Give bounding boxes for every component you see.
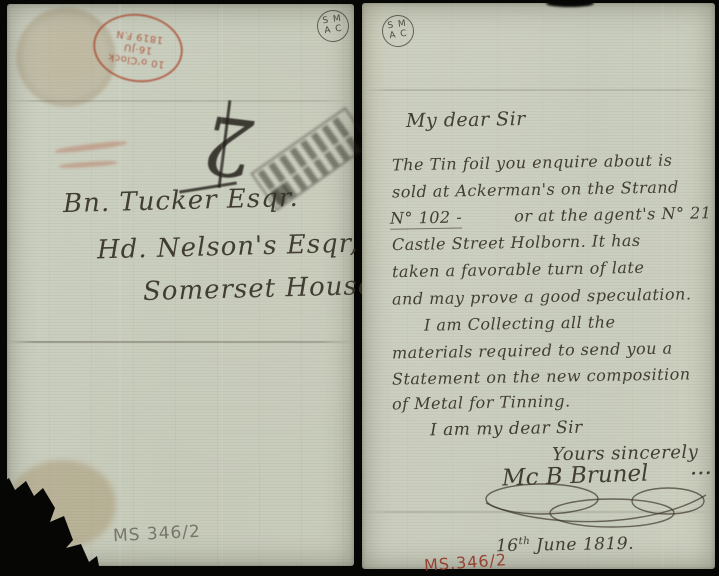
fold-crease-vertical: [119, 4, 121, 566]
manuscript-rate-mark: 2: [154, 86, 266, 195]
letter-line: materials required to send you a: [392, 339, 673, 363]
date-rest: June 1819.: [530, 534, 634, 556]
smac-line2: A C: [324, 25, 344, 37]
letter-line: taken a favorable turn of late: [392, 258, 645, 281]
fold-crease: [7, 341, 354, 343]
address-line-2: Hd. Nelson's Esqr,: [97, 229, 359, 266]
smac-circular-stamp-right: S M A C: [380, 13, 416, 49]
street-number: N° 102 -: [390, 208, 462, 230]
paper-edge-shadow: [546, 0, 594, 7]
fold-crease-vertical: [221, 4, 223, 566]
letter-line: I am Collecting all the: [424, 312, 616, 334]
letter-line: Statement on the new composition: [392, 364, 691, 388]
paper-edge-shadow: [263, 569, 301, 576]
scanned-letter-photograph: 10 o'Clock 16·JU 1819 F.N S M A C 2 Bn. …: [0, 0, 719, 576]
smac-line2: A C: [389, 30, 409, 42]
address-line-1: Bn. Tucker Esqr.: [63, 183, 299, 219]
archive-reference-pencil: MS 346/2: [113, 522, 202, 547]
closing-line-1: I am my dear Sir: [430, 418, 583, 441]
signature: Mc B Brunel: [502, 460, 649, 491]
date-suffix: th: [518, 536, 530, 547]
letter-line: Castle Street Holborn. It has: [392, 231, 641, 254]
letter-page: S M A C My dear Sir The Tin foil you enq…: [362, 3, 715, 569]
date-line: 16th June 1819.: [496, 534, 634, 556]
letter-line: of Metal for Tinning.: [392, 391, 571, 413]
envelope-page: 10 o'Clock 16·JU 1819 F.N S M A C 2 Bn. …: [7, 4, 354, 566]
letter-line: The Tin foil you enquire about is: [392, 151, 673, 175]
letter-line: and may prove a good speculation.: [392, 284, 692, 308]
smac-circular-stamp-left: S M A C: [315, 8, 351, 44]
salutation: My dear Sir: [406, 108, 526, 132]
red-ink-smudge: [55, 140, 127, 155]
letter-line-cont: or at the agent's N° 21: [514, 203, 712, 225]
signature-dots: ···: [690, 461, 713, 488]
address-line-3: Somerset House: [143, 271, 375, 307]
red-ink-smudge: [59, 160, 117, 169]
letter-line: sold at Ackerman's on the Strand: [392, 177, 679, 201]
archive-reference-red: MS.346/2: [423, 550, 507, 575]
